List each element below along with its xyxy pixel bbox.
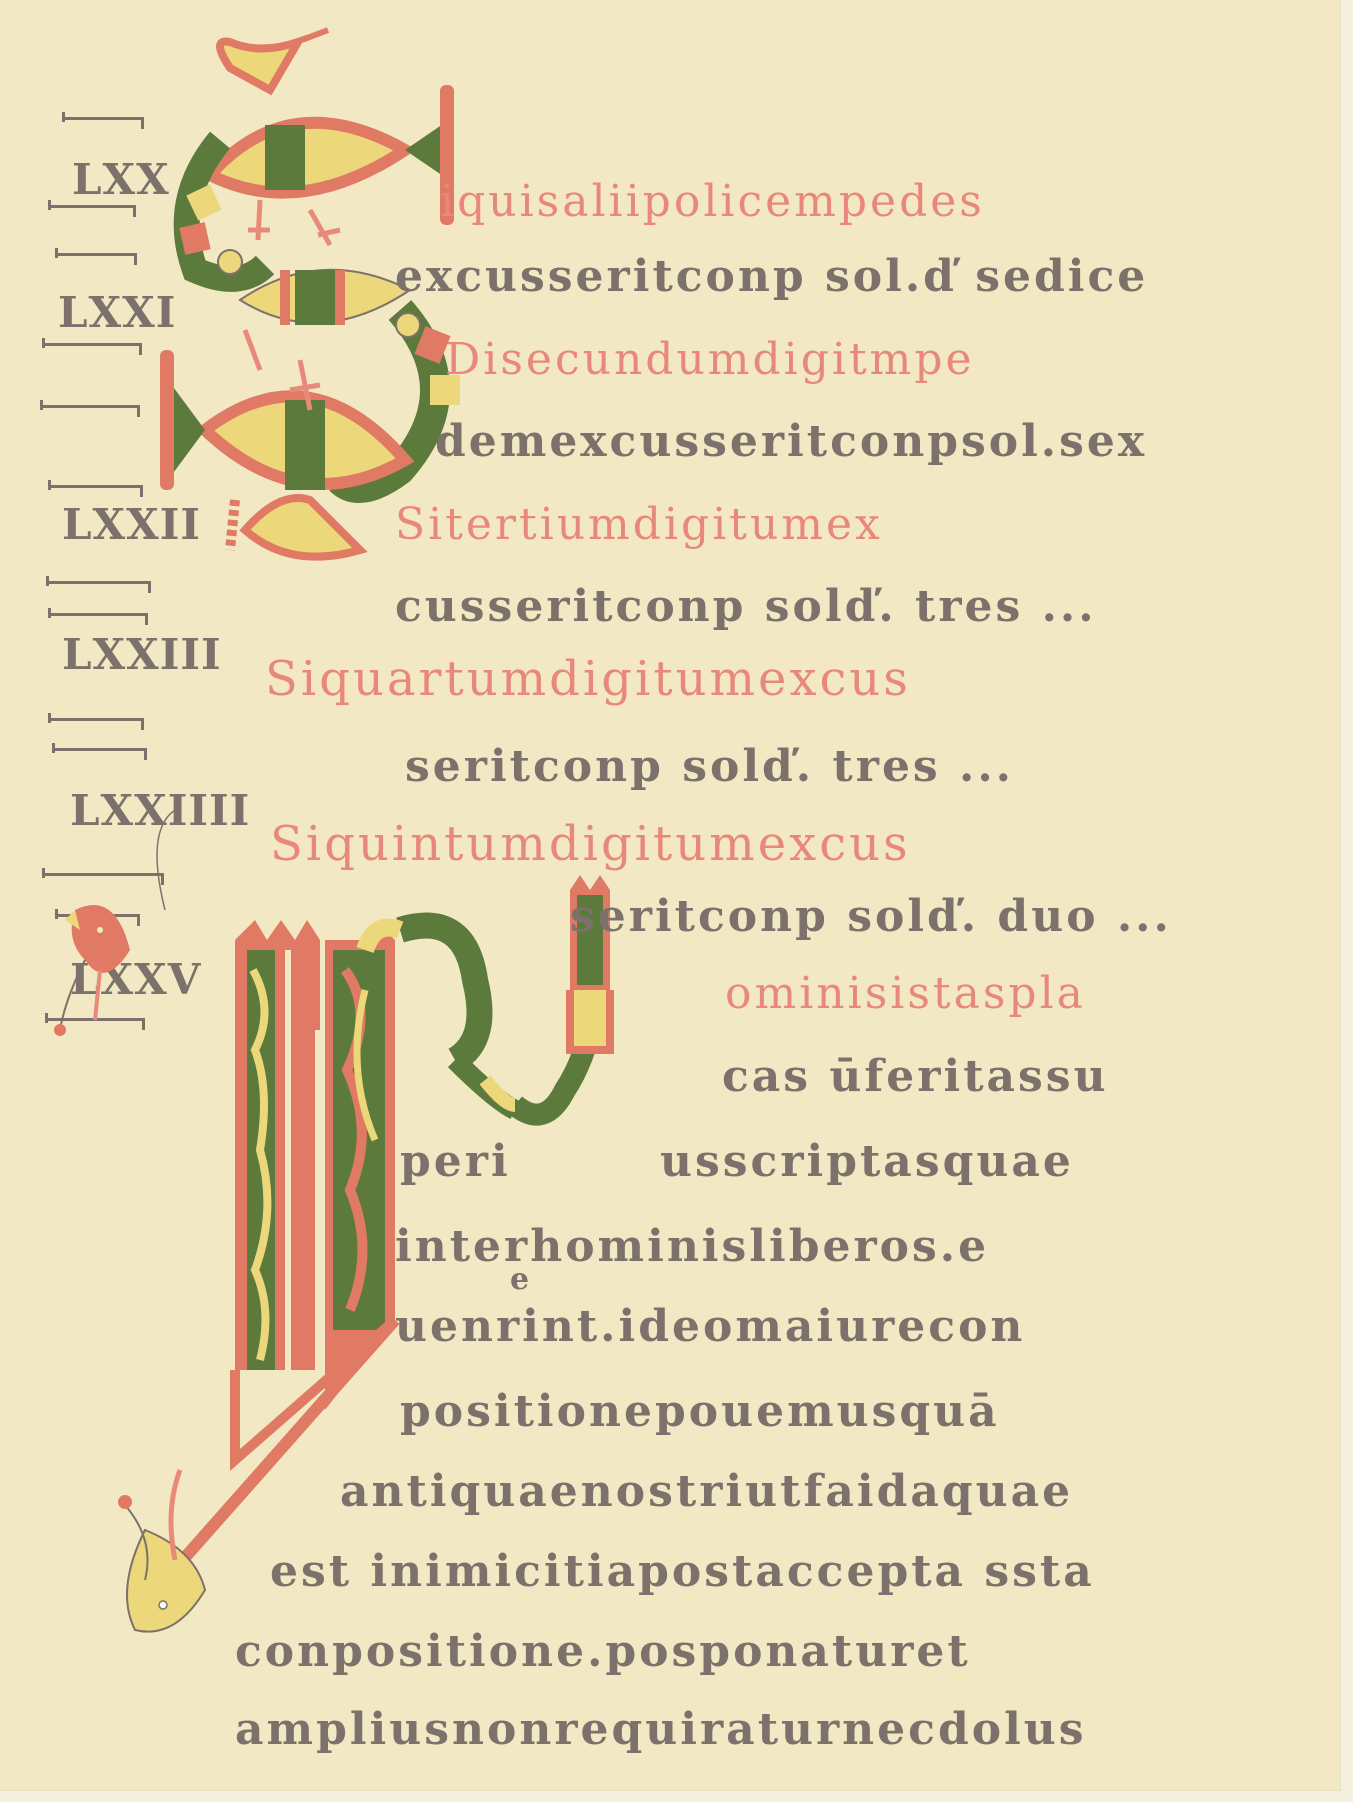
manuscript-line: conpositione.posponaturet — [235, 1630, 971, 1674]
manuscript-line: uenrint.ideomaiurecon — [395, 1305, 1025, 1349]
margin-bracket — [52, 748, 147, 751]
manuscript-line: usscriptasquae — [660, 1140, 1074, 1184]
manuscript-line: seritconp solď. tres ... — [405, 745, 1014, 789]
margin-bracket — [48, 205, 136, 208]
manuscript-line: seritconp solď. duo ... — [570, 895, 1172, 939]
manuscript-line: interhominisliberos.e — [395, 1225, 989, 1269]
manuscript-line: excusseritconp sol.ď sedice — [395, 255, 1148, 299]
margin-numeral: LXXIIII — [70, 786, 250, 835]
margin-bracket — [42, 873, 164, 876]
margin-bracket — [62, 117, 144, 120]
manuscript-line: demexcusseritconpsol.sex — [435, 420, 1147, 464]
margin-bracket — [46, 581, 151, 584]
manuscript-line: peri — [400, 1140, 511, 1184]
manuscript-line: Sitertiumdigitumex — [395, 503, 883, 547]
manuscript-line: est inimicitiapostaccepta ssta — [270, 1550, 1095, 1594]
manuscript-line: ominisistaspla — [725, 972, 1086, 1016]
manuscript-line: ampliusnonrequiraturnecdolus — [235, 1708, 1087, 1752]
manuscript-line: antiquaenostriutfaidaquae — [340, 1470, 1073, 1514]
margin-bracket — [55, 253, 137, 256]
margin-bracket — [48, 718, 144, 721]
manuscript-page: LXX LXXI LXXII LXXIII LXXIIII LXXV — [0, 0, 1341, 1791]
manuscript-line: Siquintumdigitumexcus — [270, 820, 911, 868]
margin-numeral: LXXIII — [62, 630, 222, 679]
manuscript-line: positionepouemusquā — [400, 1390, 1000, 1434]
margin-bracket — [48, 485, 143, 488]
margin-bracket — [40, 405, 140, 408]
manuscript-line: Siquartumdigitumexcus — [265, 655, 911, 703]
manuscript-line: cusseritconp solď. tres ... — [395, 585, 1097, 629]
margin-bracket — [48, 613, 148, 616]
margin-bracket — [42, 343, 142, 346]
manuscript-line: cas ūferitassu — [722, 1055, 1109, 1099]
manuscript-line: iquisaliipolicempedes — [440, 180, 985, 224]
manuscript-line: Disecundumdigitmpe — [445, 338, 975, 382]
superscript-e: e — [510, 1265, 532, 1295]
